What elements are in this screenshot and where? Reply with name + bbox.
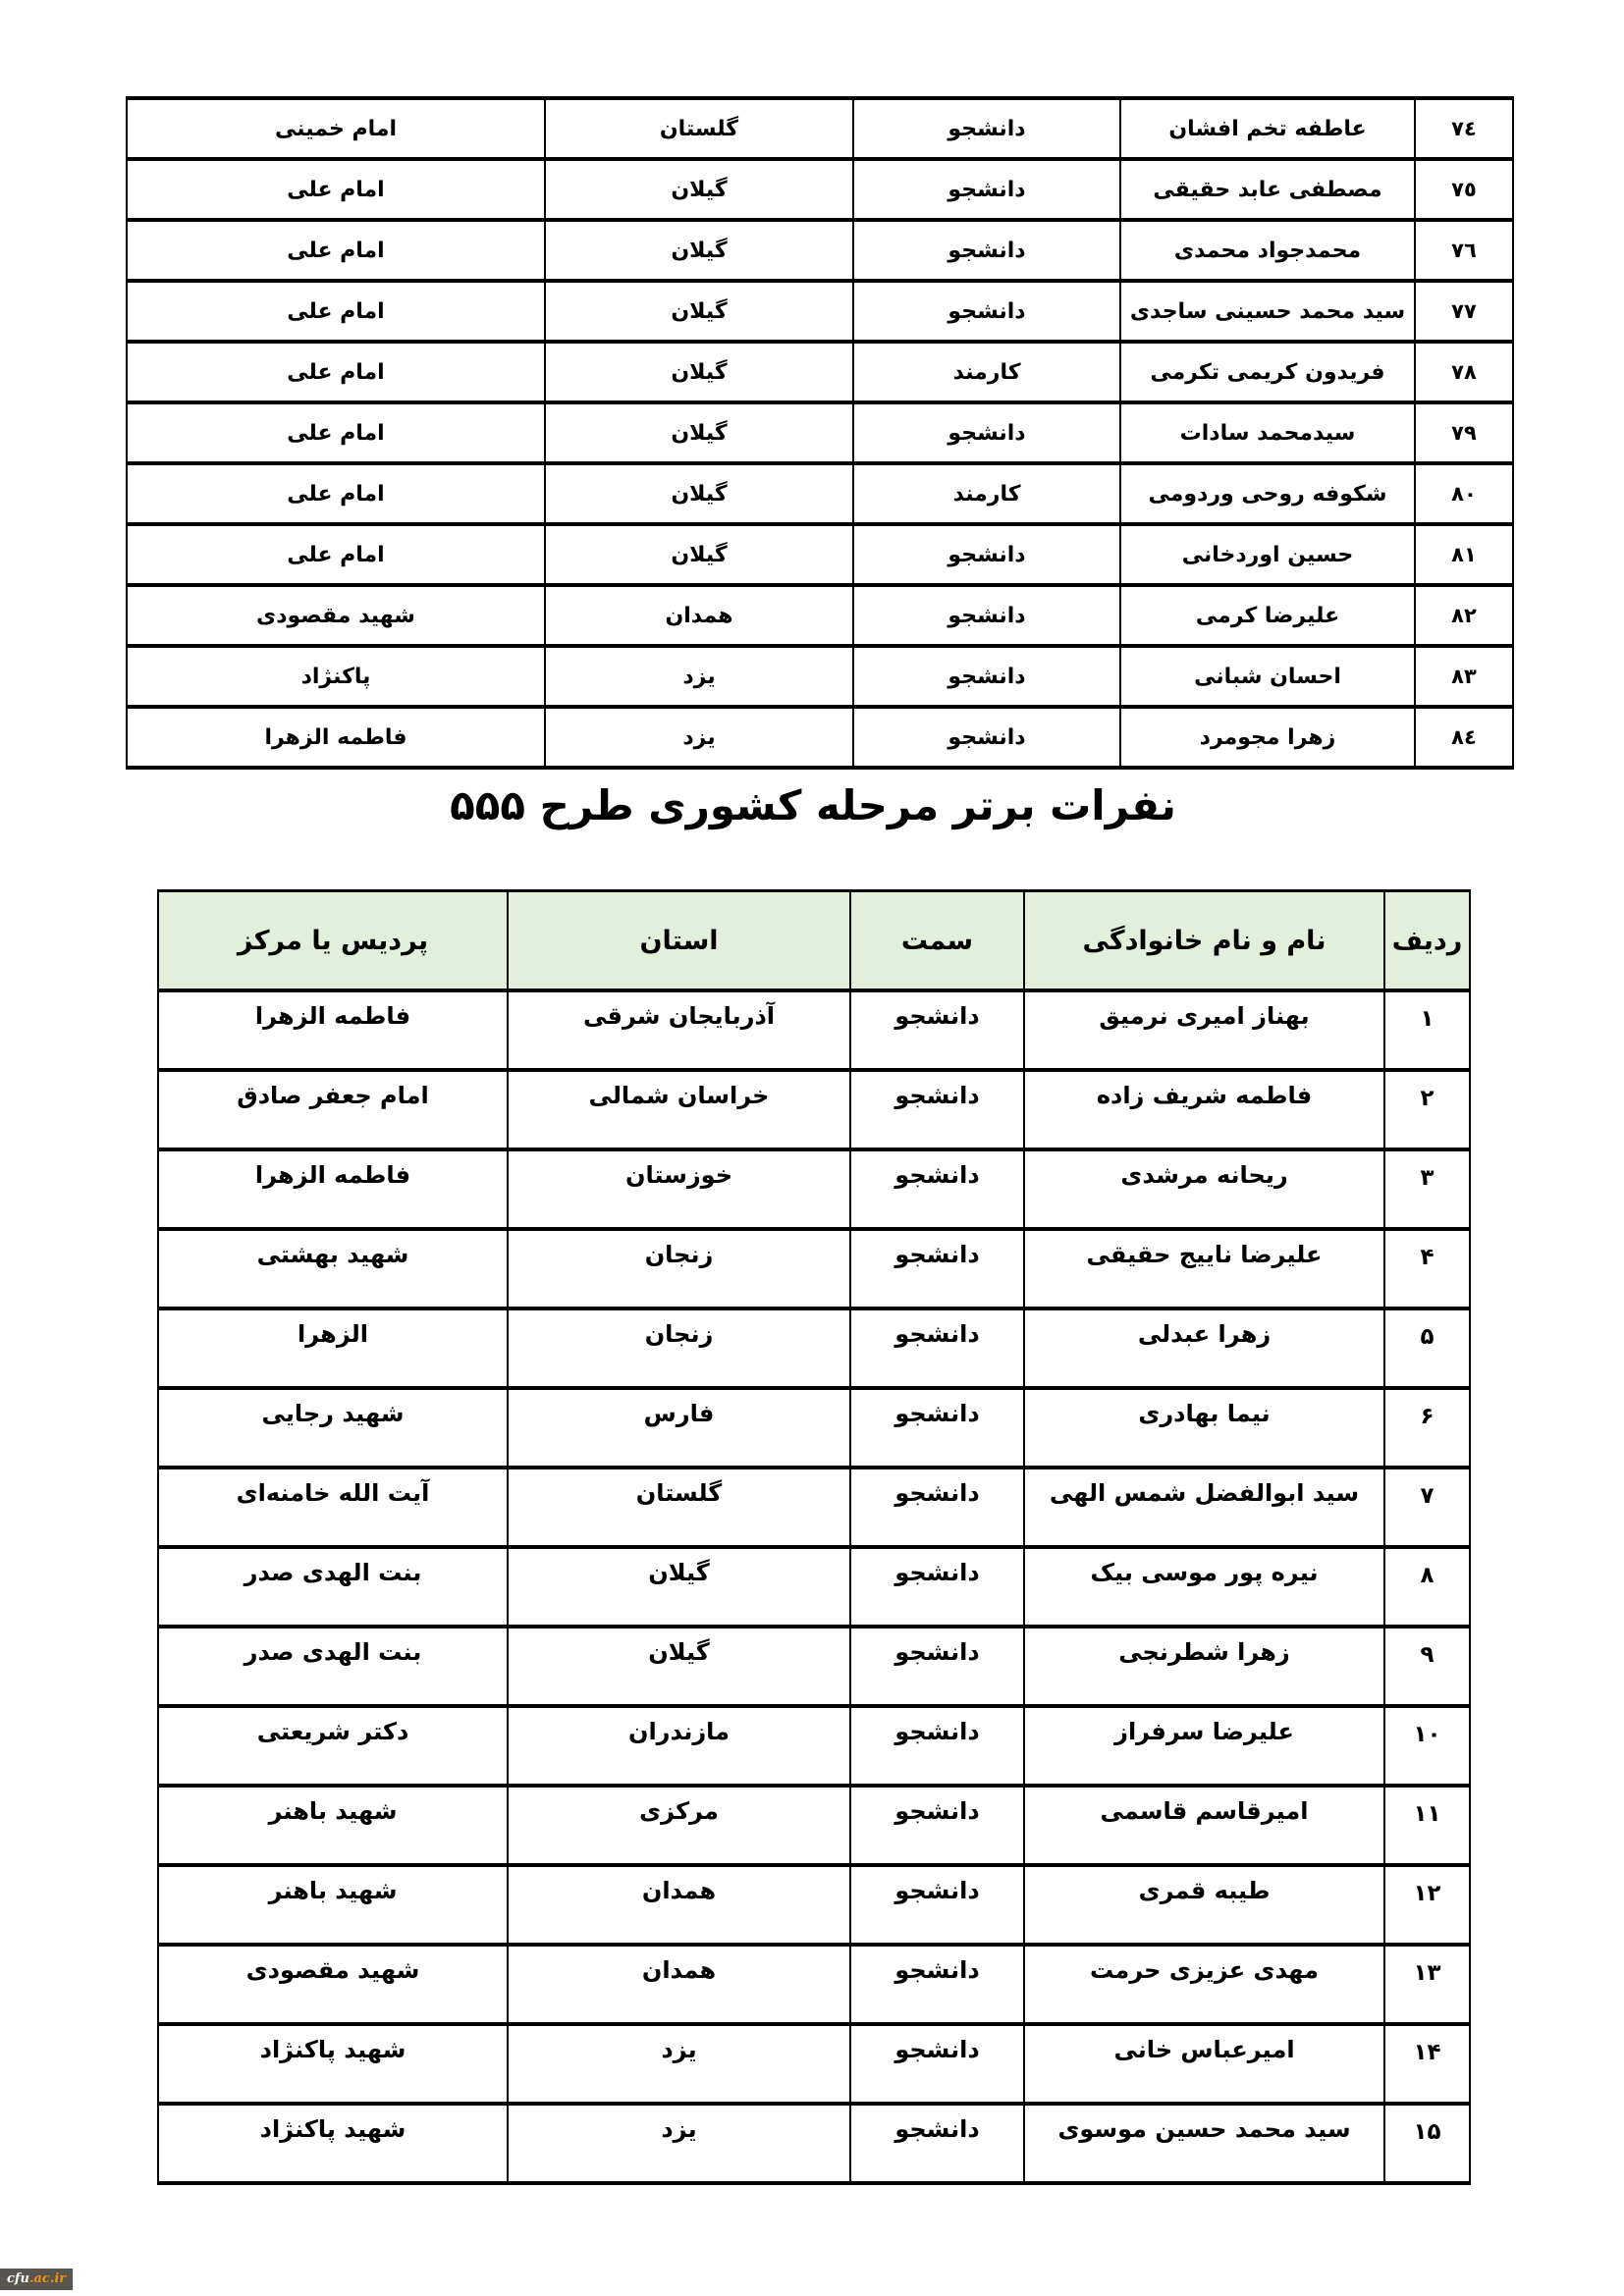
cell-pos: دانشجو bbox=[850, 1149, 1024, 1229]
table-row: ۳ریحانه مرشدیدانشجوخوزستانفاطمه الزهرا bbox=[158, 1149, 1470, 1229]
cell-campus: فاطمه الزهرا bbox=[158, 1149, 508, 1229]
top-performers-table-header: ردیف نام و نام خانوادگی سمت استان پردیس … bbox=[158, 891, 1470, 991]
cell-prov: آذربایجان شرقی bbox=[508, 990, 850, 1070]
top-performers-table: ردیف نام و نام خانوادگی سمت استان پردیس … bbox=[157, 889, 1471, 2185]
cell-name: امیرعباس خانی bbox=[1024, 2024, 1384, 2104]
section-title: نفرات برتر مرحله کشوری طرح ۵۵۵ bbox=[157, 781, 1469, 829]
cell-name: سیدمحمد سادات bbox=[1120, 402, 1415, 463]
cell-num: ٨٠ bbox=[1415, 463, 1513, 524]
cell-num: ۷ bbox=[1384, 1468, 1470, 1547]
cell-pos: دانشجو bbox=[853, 220, 1120, 281]
cell-campus: شهید رجایی bbox=[158, 1388, 508, 1468]
cell-name: شکوفه روحی وردومی bbox=[1120, 463, 1415, 524]
cell-num: ٧٤ bbox=[1415, 98, 1513, 159]
cell-prov: یزد bbox=[508, 2104, 850, 2183]
cell-num: ۱۳ bbox=[1384, 1945, 1470, 2024]
cell-name: سید ابوالفضل شمس الهی bbox=[1024, 1468, 1384, 1547]
cell-num: ۵ bbox=[1384, 1308, 1470, 1388]
cell-num: ۹ bbox=[1384, 1627, 1470, 1706]
table-row: ۴علیرضا ناییج حقیقیدانشجوزنجانشهید بهشتی bbox=[158, 1229, 1470, 1308]
cell-num: ۸ bbox=[1384, 1547, 1470, 1627]
cell-name: محمدجواد محمدی bbox=[1120, 220, 1415, 281]
cell-campus: آیت الله خامنه‌ای bbox=[158, 1468, 508, 1547]
cell-pos: دانشجو bbox=[850, 1229, 1024, 1308]
table-row: ٧٧سید محمد حسینی ساجدیدانشجوگیلانامام عل… bbox=[127, 281, 1513, 342]
table-row: ٨٣احسان شبانیدانشجویزدپاکنژاد bbox=[127, 646, 1513, 707]
cell-campus: بنت الهدی صدر bbox=[158, 1547, 508, 1627]
site-watermark: cfu.ac.ir bbox=[0, 2269, 73, 2290]
cell-prov: همدان bbox=[508, 1865, 850, 1945]
cell-name: نیما بهادری bbox=[1024, 1388, 1384, 1468]
continuation-results-table: ٧٤عاطفه تخم افشاندانشجوگلستانامام خمینی٧… bbox=[126, 96, 1514, 770]
cell-num: ٨٤ bbox=[1415, 707, 1513, 768]
cell-name: نیره پور موسی بیک bbox=[1024, 1547, 1384, 1627]
cell-name: زهرا عبدلی bbox=[1024, 1308, 1384, 1388]
cell-pos: کارمند bbox=[853, 463, 1120, 524]
cell-num: ۴ bbox=[1384, 1229, 1470, 1308]
top-performers-table-body: ۱بهناز امیری نرمیقدانشجوآذربایجان شرقیفا… bbox=[158, 990, 1470, 2183]
table-row: ۱۴امیرعباس خانیدانشجویزدشهید پاکنژاد bbox=[158, 2024, 1470, 2104]
cell-prov: همدان bbox=[545, 585, 853, 646]
cell-num: ٨٢ bbox=[1415, 585, 1513, 646]
cell-num: ۱۰ bbox=[1384, 1706, 1470, 1786]
cell-name: فریدون کریمی تکرمی bbox=[1120, 342, 1415, 402]
cell-campus: شهید مقصودی bbox=[127, 585, 545, 646]
cell-prov: گلستان bbox=[508, 1468, 850, 1547]
cell-name: ریحانه مرشدی bbox=[1024, 1149, 1384, 1229]
header-cell-full-name: نام و نام خانوادگی bbox=[1024, 891, 1384, 991]
cell-num: ۱۴ bbox=[1384, 2024, 1470, 2104]
cell-prov: فارس bbox=[508, 1388, 850, 1468]
cell-campus: فاطمه الزهرا bbox=[127, 707, 545, 768]
cell-pos: دانشجو bbox=[850, 2104, 1024, 2183]
cell-pos: دانشجو bbox=[850, 1706, 1024, 1786]
cell-pos: دانشجو bbox=[850, 1627, 1024, 1706]
cell-pos: دانشجو bbox=[850, 990, 1024, 1070]
cell-pos: دانشجو bbox=[853, 524, 1120, 585]
cell-name: مهدی عزیزی حرمت bbox=[1024, 1945, 1384, 2024]
table-row: ٨٠شکوفه روحی وردومیکارمندگیلانامام علی bbox=[127, 463, 1513, 524]
cell-name: عاطفه تخم افشان bbox=[1120, 98, 1415, 159]
cell-num: ٨١ bbox=[1415, 524, 1513, 585]
cell-num: ۱۲ bbox=[1384, 1865, 1470, 1945]
cell-campus: شهید مقصودی bbox=[158, 1945, 508, 2024]
table-row: ۱۲طیبه قمریدانشجوهمدانشهید باهنر bbox=[158, 1865, 1470, 1945]
cell-num: ۱۱ bbox=[1384, 1786, 1470, 1865]
cell-num: ۲ bbox=[1384, 1070, 1470, 1149]
cell-prov: یزد bbox=[508, 2024, 850, 2104]
table-row: ٨٢علیرضا کرمیدانشجوهمدانشهید مقصودی bbox=[127, 585, 1513, 646]
cell-name: فاطمه شریف زاده bbox=[1024, 1070, 1384, 1149]
cell-name: علیرضا سرفراز bbox=[1024, 1706, 1384, 1786]
cell-pos: دانشجو bbox=[850, 1468, 1024, 1547]
table-row: ۱بهناز امیری نرمیقدانشجوآذربایجان شرقیفا… bbox=[158, 990, 1470, 1070]
cell-name: سید محمد حسینی ساجدی bbox=[1120, 281, 1415, 342]
cell-campus: شهید پاکنژاد bbox=[158, 2104, 508, 2183]
cell-num: ٧٧ bbox=[1415, 281, 1513, 342]
cell-campus: امام علی bbox=[127, 524, 545, 585]
header-row: ردیف نام و نام خانوادگی سمت استان پردیس … bbox=[158, 891, 1470, 991]
header-cell-position: سمت bbox=[850, 891, 1024, 991]
header-cell-row-number: ردیف bbox=[1384, 891, 1470, 991]
watermark-prefix: cfu bbox=[7, 2271, 29, 2286]
cell-prov: زنجان bbox=[508, 1229, 850, 1308]
cell-name: علیرضا ناییج حقیقی bbox=[1024, 1229, 1384, 1308]
cell-campus: امام جعفر صادق bbox=[158, 1070, 508, 1149]
cell-prov: گیلان bbox=[545, 342, 853, 402]
table-row: ٨٤زهرا مجومرددانشجویزدفاطمه الزهرا bbox=[127, 707, 1513, 768]
table-row: ٧٥مصطفی عابد حقیقیدانشجوگیلانامام علی bbox=[127, 159, 1513, 220]
document-page: { "colors": { "header_bg": "#e2efda", "w… bbox=[0, 0, 1624, 2296]
cell-pos: دانشجو bbox=[850, 1945, 1024, 2024]
table-row: ۷سید ابوالفضل شمس الهیدانشجوگلستانآیت ال… bbox=[158, 1468, 1470, 1547]
cell-campus: شهید پاکنژاد bbox=[158, 2024, 508, 2104]
cell-name: زهرا شطرنجی bbox=[1024, 1627, 1384, 1706]
cell-pos: دانشجو bbox=[850, 1786, 1024, 1865]
cell-prov: گلستان bbox=[545, 98, 853, 159]
cell-num: ۱۵ bbox=[1384, 2104, 1470, 2183]
cell-campus: پاکنژاد bbox=[127, 646, 545, 707]
cell-num: ٧٩ bbox=[1415, 402, 1513, 463]
cell-prov: گیلان bbox=[545, 402, 853, 463]
cell-pos: دانشجو bbox=[853, 402, 1120, 463]
cell-pos: دانشجو bbox=[853, 646, 1120, 707]
watermark-suffix: .ac.ir bbox=[29, 2271, 66, 2286]
cell-pos: دانشجو bbox=[850, 2024, 1024, 2104]
cell-name: طیبه قمری bbox=[1024, 1865, 1384, 1945]
cell-campus: الزهرا bbox=[158, 1308, 508, 1388]
table-row: ۲فاطمه شریف زادهدانشجوخراسان شمالیامام ج… bbox=[158, 1070, 1470, 1149]
cell-num: ٧٨ bbox=[1415, 342, 1513, 402]
cell-campus: امام علی bbox=[127, 463, 545, 524]
cell-pos: دانشجو bbox=[850, 1865, 1024, 1945]
table-row: ٧٤عاطفه تخم افشاندانشجوگلستانامام خمینی bbox=[127, 98, 1513, 159]
cell-name: حسین اوردخانی bbox=[1120, 524, 1415, 585]
cell-name: سید محمد حسین موسوی bbox=[1024, 2104, 1384, 2183]
cell-name: امیرقاسم قاسمی bbox=[1024, 1786, 1384, 1865]
cell-name: احسان شبانی bbox=[1120, 646, 1415, 707]
cell-prov: زنجان bbox=[508, 1308, 850, 1388]
header-cell-province: استان bbox=[508, 891, 850, 991]
table-row: ۸نیره پور موسی بیکدانشجوگیلانبنت الهدی ص… bbox=[158, 1547, 1470, 1627]
cell-num: ۶ bbox=[1384, 1388, 1470, 1468]
cell-campus: امام علی bbox=[127, 342, 545, 402]
cell-campus: شهید بهشتی bbox=[158, 1229, 508, 1308]
cell-campus: فاطمه الزهرا bbox=[158, 990, 508, 1070]
cell-prov: همدان bbox=[508, 1945, 850, 2024]
cell-campus: امام علی bbox=[127, 220, 545, 281]
cell-prov: مازندران bbox=[508, 1706, 850, 1786]
table-row: ٧٨فریدون کریمی تکرمیکارمندگیلانامام علی bbox=[127, 342, 1513, 402]
table-row: ۹زهرا شطرنجیدانشجوگیلانبنت الهدی صدر bbox=[158, 1627, 1470, 1706]
table-row: ٧٦محمدجواد محمدیدانشجوگیلانامام علی bbox=[127, 220, 1513, 281]
cell-pos: دانشجو bbox=[850, 1070, 1024, 1149]
cell-pos: دانشجو bbox=[853, 281, 1120, 342]
table-row: ٨١حسین اوردخانیدانشجوگیلانامام علی bbox=[127, 524, 1513, 585]
cell-name: مصطفی عابد حقیقی bbox=[1120, 159, 1415, 220]
cell-campus: امام علی bbox=[127, 402, 545, 463]
table-row: ۱۰علیرضا سرفرازدانشجومازندراندکتر شریعتی bbox=[158, 1706, 1470, 1786]
cell-campus: امام خمینی bbox=[127, 98, 545, 159]
cell-pos: دانشجو bbox=[850, 1388, 1024, 1468]
cell-prov: گیلان bbox=[545, 463, 853, 524]
section-title-wrap: نفرات برتر مرحله کشوری طرح ۵۵۵ bbox=[157, 781, 1469, 829]
cell-prov: گیلان bbox=[545, 220, 853, 281]
cell-num: ٨٣ bbox=[1415, 646, 1513, 707]
cell-name: زهرا مجومرد bbox=[1120, 707, 1415, 768]
cell-campus: امام علی bbox=[127, 159, 545, 220]
cell-num: ۱ bbox=[1384, 990, 1470, 1070]
cell-num: ۳ bbox=[1384, 1149, 1470, 1229]
cell-prov: یزد bbox=[545, 707, 853, 768]
table-row: ۵زهرا عبدلیدانشجوزنجانالزهرا bbox=[158, 1308, 1470, 1388]
table-row: ۱۳مهدی عزیزی حرمتدانشجوهمدانشهید مقصودی bbox=[158, 1945, 1470, 2024]
table-row: ۱۱امیرقاسم قاسمیدانشجومرکزیشهید باهنر bbox=[158, 1786, 1470, 1865]
cell-pos: دانشجو bbox=[853, 585, 1120, 646]
cell-pos: کارمند bbox=[853, 342, 1120, 402]
cell-campus: شهید باهنر bbox=[158, 1786, 508, 1865]
cell-prov: گیلان bbox=[545, 524, 853, 585]
cell-prov: خوزستان bbox=[508, 1149, 850, 1229]
cell-pos: دانشجو bbox=[850, 1308, 1024, 1388]
cell-name: بهناز امیری نرمیق bbox=[1024, 990, 1384, 1070]
cell-prov: گیلان bbox=[508, 1627, 850, 1706]
cell-prov: مرکزی bbox=[508, 1786, 850, 1865]
cell-pos: دانشجو bbox=[853, 98, 1120, 159]
cell-prov: گیلان bbox=[545, 159, 853, 220]
table-row: ٧٩سیدمحمد ساداتدانشجوگیلانامام علی bbox=[127, 402, 1513, 463]
continuation-table-body: ٧٤عاطفه تخم افشاندانشجوگلستانامام خمینی٧… bbox=[127, 98, 1513, 768]
cell-prov: یزد bbox=[545, 646, 853, 707]
cell-name: علیرضا کرمی bbox=[1120, 585, 1415, 646]
cell-campus: بنت الهدی صدر bbox=[158, 1627, 508, 1706]
cell-num: ٧٦ bbox=[1415, 220, 1513, 281]
cell-campus: شهید باهنر bbox=[158, 1865, 508, 1945]
table-row: ۱۵سید محمد حسین موسویدانشجویزدشهید پاکنژ… bbox=[158, 2104, 1470, 2183]
cell-campus: دکتر شریعتی bbox=[158, 1706, 508, 1786]
table-row: ۶نیما بهادریدانشجوفارسشهید رجایی bbox=[158, 1388, 1470, 1468]
cell-prov: گیلان bbox=[508, 1547, 850, 1627]
cell-pos: دانشجو bbox=[853, 707, 1120, 768]
cell-pos: دانشجو bbox=[850, 1547, 1024, 1627]
cell-pos: دانشجو bbox=[853, 159, 1120, 220]
header-cell-campus: پردیس یا مرکز bbox=[158, 891, 508, 991]
cell-prov: گیلان bbox=[545, 281, 853, 342]
cell-campus: امام علی bbox=[127, 281, 545, 342]
cell-num: ٧٥ bbox=[1415, 159, 1513, 220]
cell-prov: خراسان شمالی bbox=[508, 1070, 850, 1149]
